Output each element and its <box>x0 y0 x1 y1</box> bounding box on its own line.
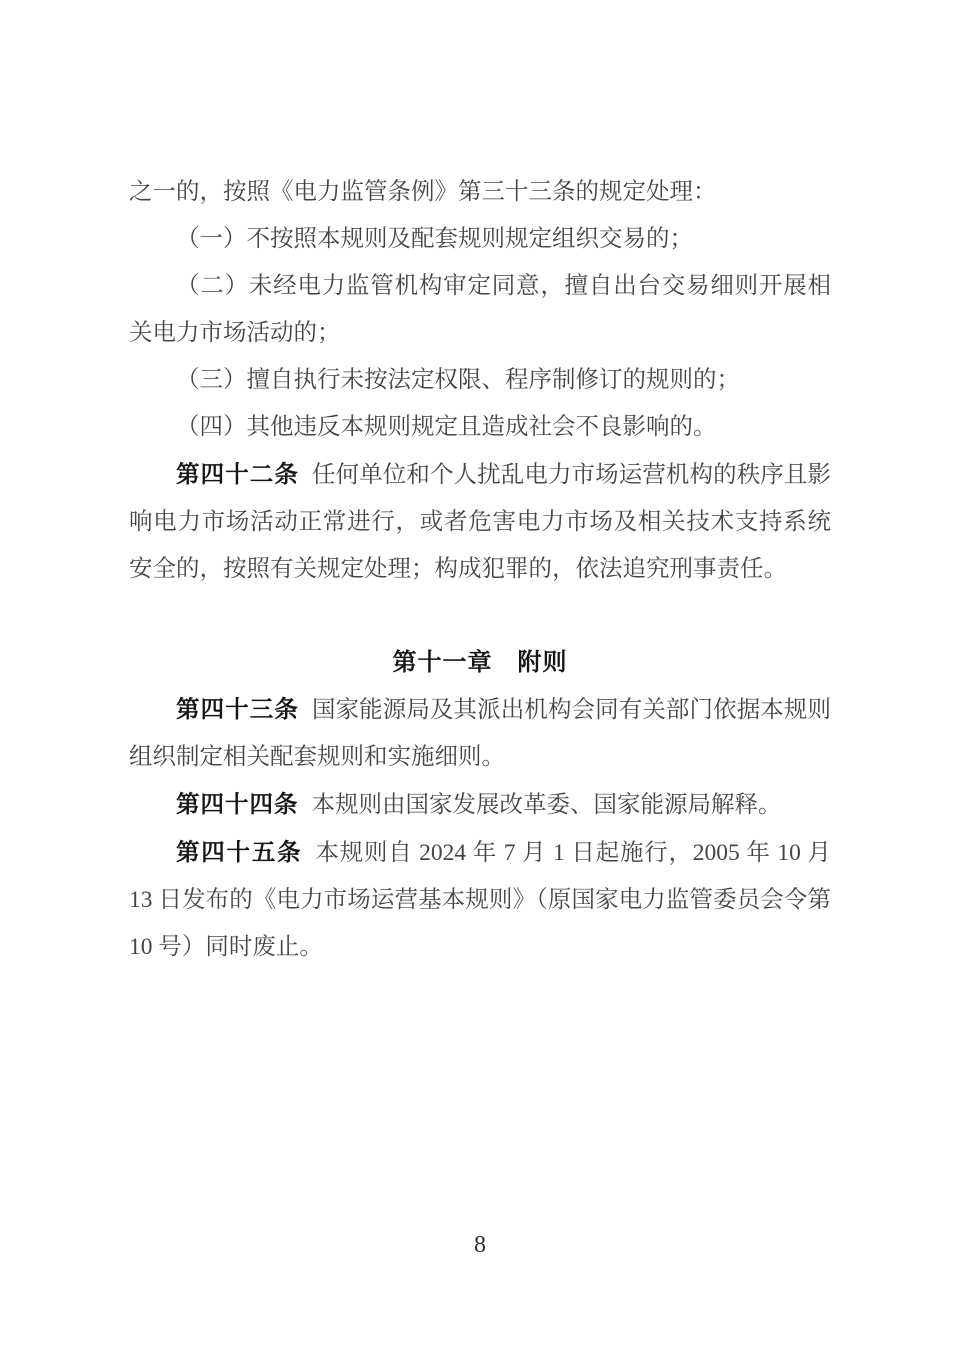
list-item-3: （三）擅自执行未按法定权限、程序制修订的规则的； <box>129 357 831 404</box>
document-body: 之一的，按照《电力监管条例》第三十三条的规定处理：（一）不按照本规则及配套规则规… <box>129 169 831 971</box>
list-item-1-text: （一）不按照本规则及配套规则规定组织交易的； <box>176 226 693 252</box>
paragraph-continuation: 之一的，按照《电力监管条例》第三十三条的规定处理： <box>129 169 831 216</box>
article-44-lead: 第四十四条 <box>176 791 299 817</box>
scanned-document-page: { "page": { "number": "8" }, "document":… <box>0 0 960 1357</box>
list-item-1: （一）不按照本规则及配套规则规定组织交易的； <box>129 216 831 263</box>
chapter-11-heading: 第十一章 附则 <box>129 639 831 686</box>
page-background: 之一的，按照《电力监管条例》第三十三条的规定处理：（一）不按照本规则及配套规则规… <box>0 0 960 1357</box>
page-number: 8 <box>0 1222 960 1269</box>
article-43: 第四十三条国家能源局及其派出机构会同有关部门依据本规则组织制定相关配套规则和实施… <box>129 686 831 781</box>
article-45: 第四十五条本规则自 2024 年 7 月 1 日起施行，2005 年 10 月 … <box>129 829 831 971</box>
article-43-lead: 第四十三条 <box>176 696 299 722</box>
article-42: 第四十二条任何单位和个人扰乱电力市场运营机构的秩序且影响电力市场活动正常进行，或… <box>129 451 831 593</box>
paragraph-continuation-text: 之一的，按照《电力监管条例》第三十三条的规定处理： <box>129 179 717 205</box>
list-item-4-text: （四）其他违反本规则规定且造成社会不良影响的。 <box>176 414 717 440</box>
list-item-4: （四）其他违反本规则规定且造成社会不良影响的。 <box>129 404 831 451</box>
list-item-2: （二）未经电力监管机构审定同意，擅自出台交易细则开展相关电力市场活动的； <box>129 263 831 357</box>
list-item-2-text: （二）未经电力监管机构审定同意，擅自出台交易细则开展相关电力市场活动的； <box>129 273 831 346</box>
list-item-3-text: （三）擅自执行未按法定权限、程序制修订的规则的； <box>176 367 740 393</box>
article-44: 第四十四条本规则由国家发展改革委、国家能源局解释。 <box>129 781 831 829</box>
article-45-lead: 第四十五条 <box>176 839 302 865</box>
article-44-text: 本规则由国家发展改革委、国家能源局解释。 <box>312 792 782 818</box>
article-42-lead: 第四十二条 <box>176 461 299 487</box>
